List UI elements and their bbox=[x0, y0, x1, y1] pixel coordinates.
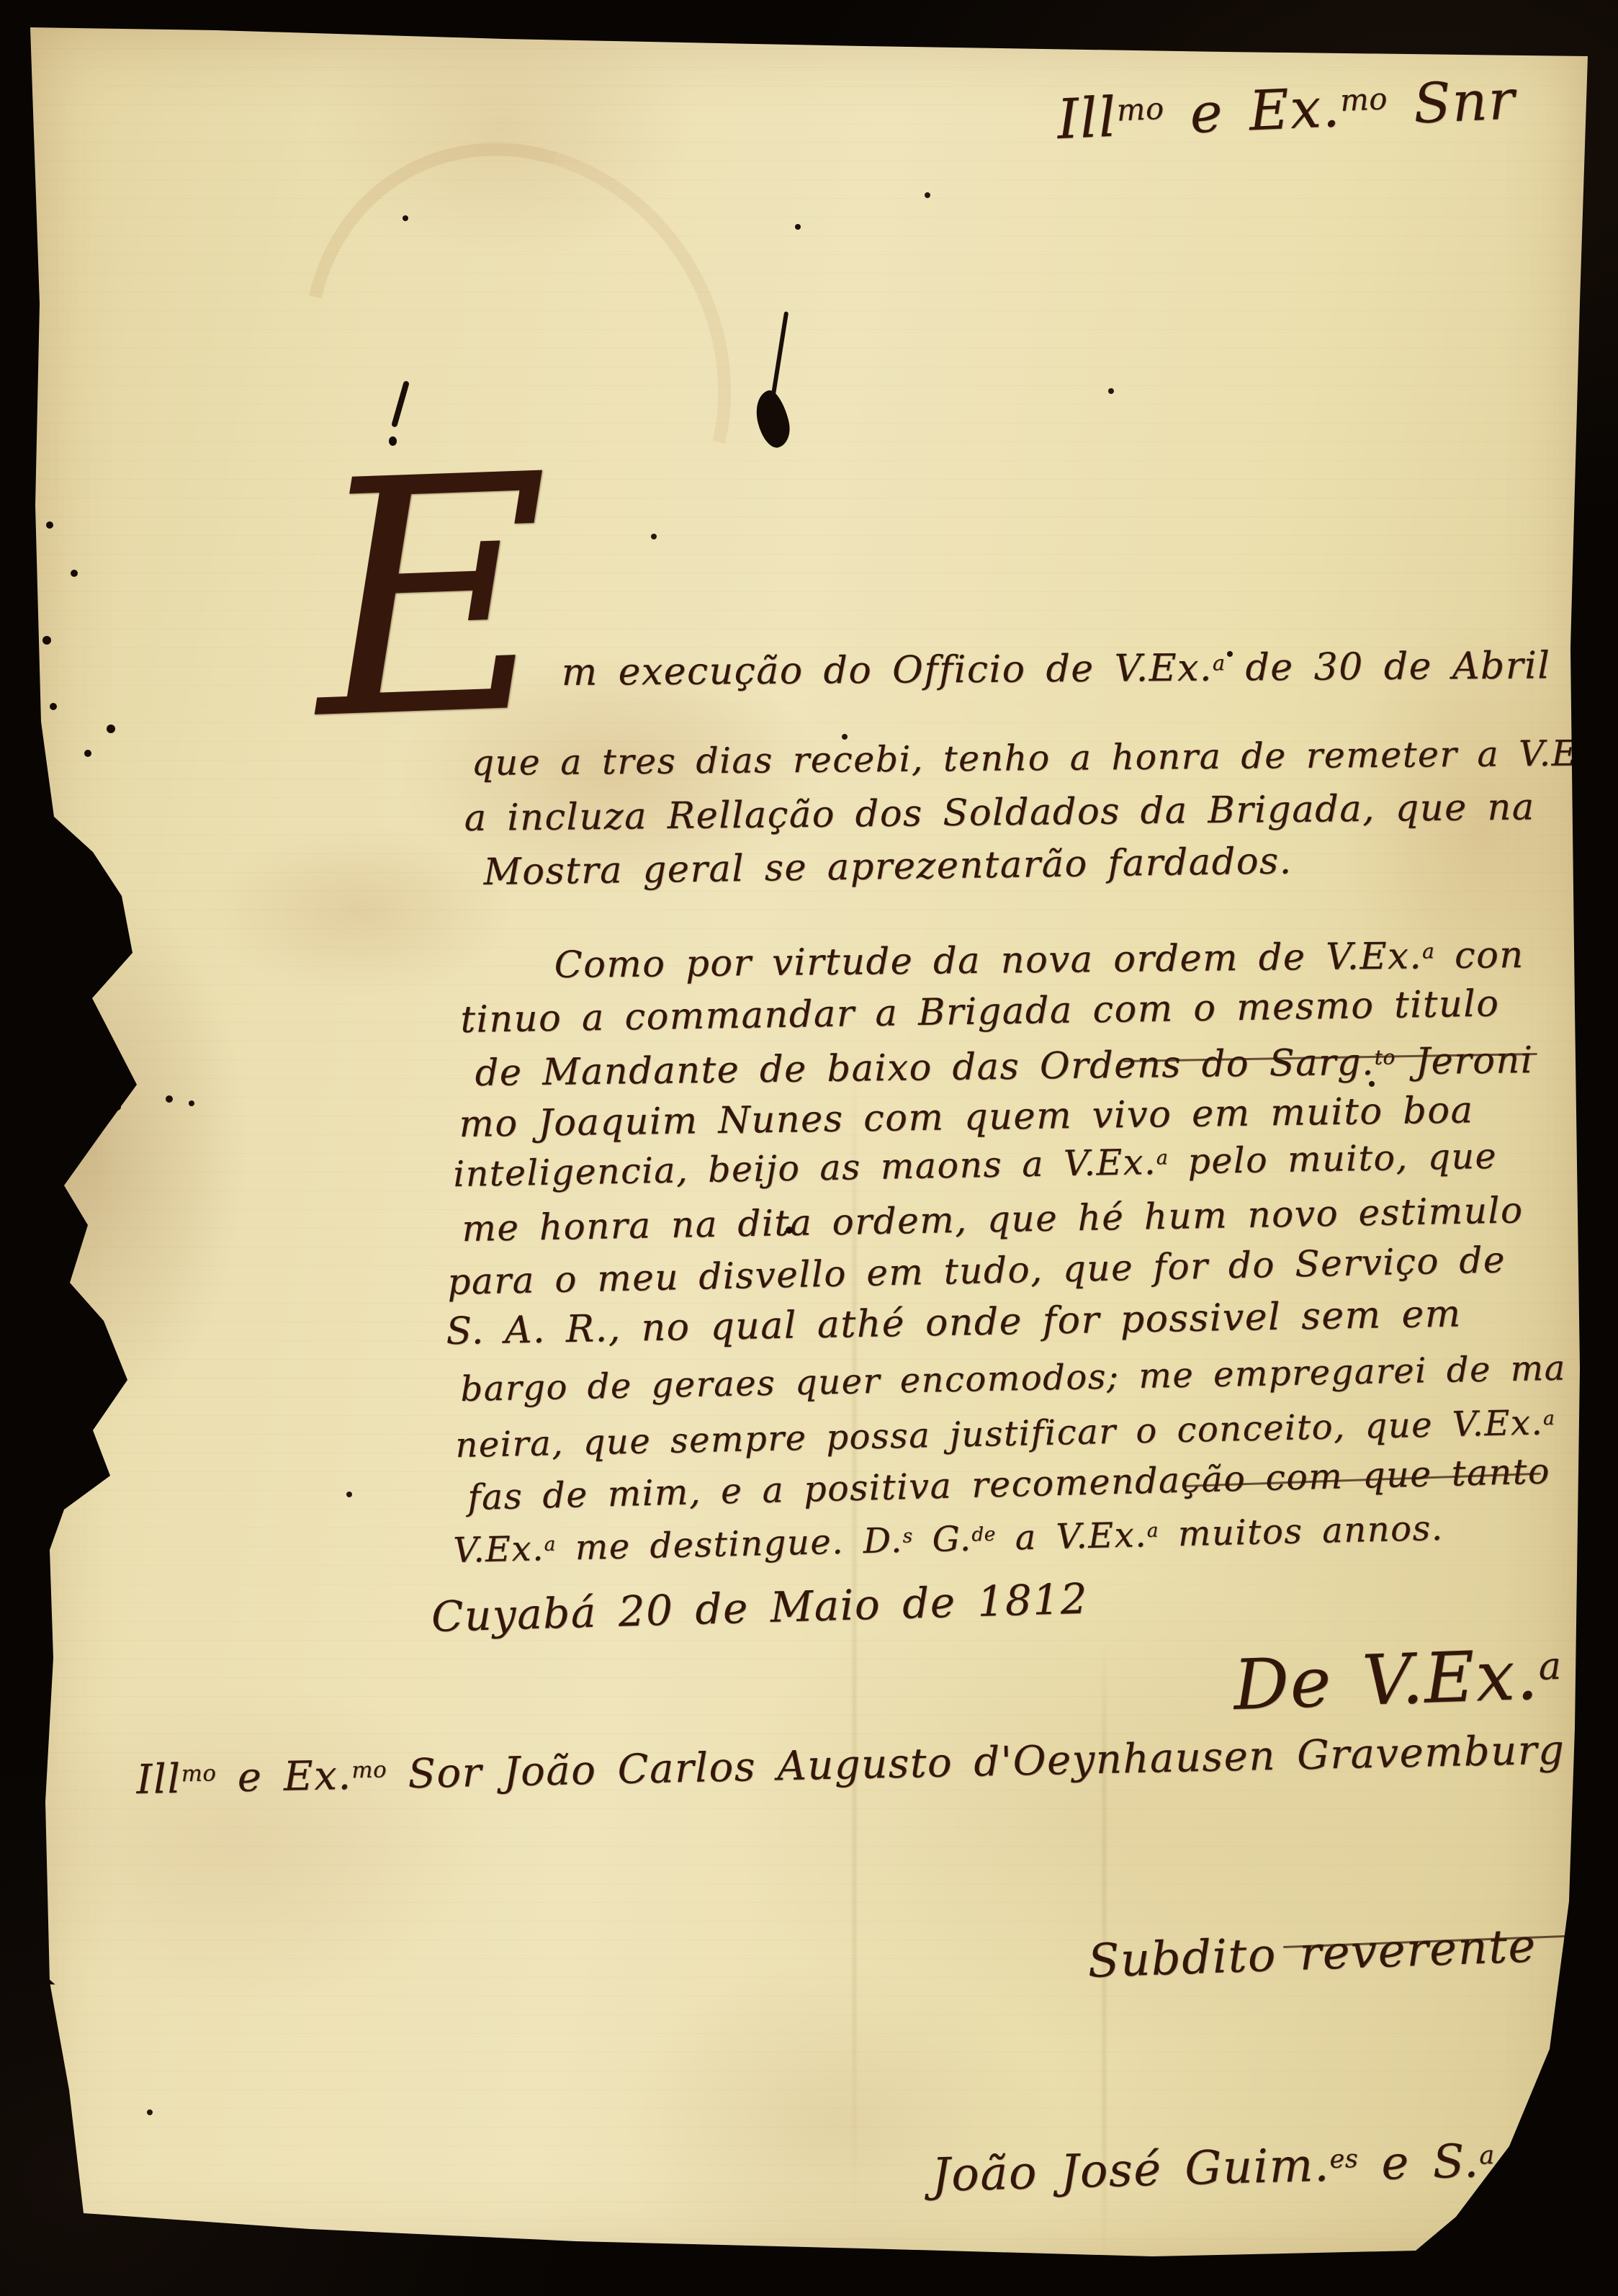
manuscript-line: tinuo a commandar a Brigada com o mesmo … bbox=[460, 983, 1500, 1041]
manuscript-sheet: Illmo e Ex.mo Snr E m execução do Offici… bbox=[0, 0, 1618, 2296]
manuscript-line: m execução do Officio de V.Ex.a de 30 de… bbox=[562, 645, 1551, 694]
edge-ink-mark bbox=[32, 1969, 58, 1991]
manuscript-line: mo Joaquim Nunes com quem vivo em muito … bbox=[459, 1090, 1474, 1146]
manuscript-line: S. A. R., no qual athé onde for possivel… bbox=[446, 1293, 1462, 1353]
dropcap-initial: E bbox=[310, 432, 557, 764]
signature-line: João José Guim.es e S.a bbox=[931, 2135, 1496, 2203]
salutation-line: Illmo e Ex.mo Snr bbox=[1056, 68, 1516, 151]
manuscript-line: que a tres dias recebi, tenho a honra de… bbox=[472, 733, 1618, 784]
manuscript-line: inteligencia, beijo as maons a V.Ex.a pe… bbox=[453, 1136, 1498, 1196]
manuscript-line: Mostra geral se aprezentarão fardados. bbox=[483, 840, 1293, 894]
closing-line: De V.Ex.a bbox=[1232, 1634, 1563, 1725]
manuscript-line: Como por virtude da nova ordem de V.Ex.a… bbox=[554, 935, 1524, 987]
dust-specks bbox=[0, 0, 4, 4]
ink-blot-tail bbox=[771, 311, 788, 395]
manuscript-line: bargo de geraes quer encomodos; me empre… bbox=[460, 1349, 1566, 1410]
scan-background: Illmo e Ex.mo Snr E m execução do Offici… bbox=[0, 0, 1618, 2296]
addressee-line: Illmo e Ex.mo Sor João Carlos Augusto d'… bbox=[136, 1727, 1565, 1803]
manuscript-line: de Mandante de baixo das Ordens do Sarg.… bbox=[475, 1040, 1534, 1095]
ink-blot bbox=[751, 387, 794, 451]
manuscript-line: V.Ex.a me destingue. D.s G.de a V.Ex.a m… bbox=[453, 1509, 1444, 1571]
date-line: Cuyabá 20 de Maio de 1812 bbox=[431, 1575, 1089, 1641]
manuscript-line: me honra na dita ordem, que hé hum novo … bbox=[462, 1190, 1524, 1250]
edge-ink-dash bbox=[27, 2076, 40, 2086]
ink-dot bbox=[389, 436, 397, 446]
valediction-line: Subdito reverente bbox=[1087, 1920, 1537, 1988]
manuscript-line: a incluza Rellação dos Soldados da Briga… bbox=[464, 786, 1535, 840]
